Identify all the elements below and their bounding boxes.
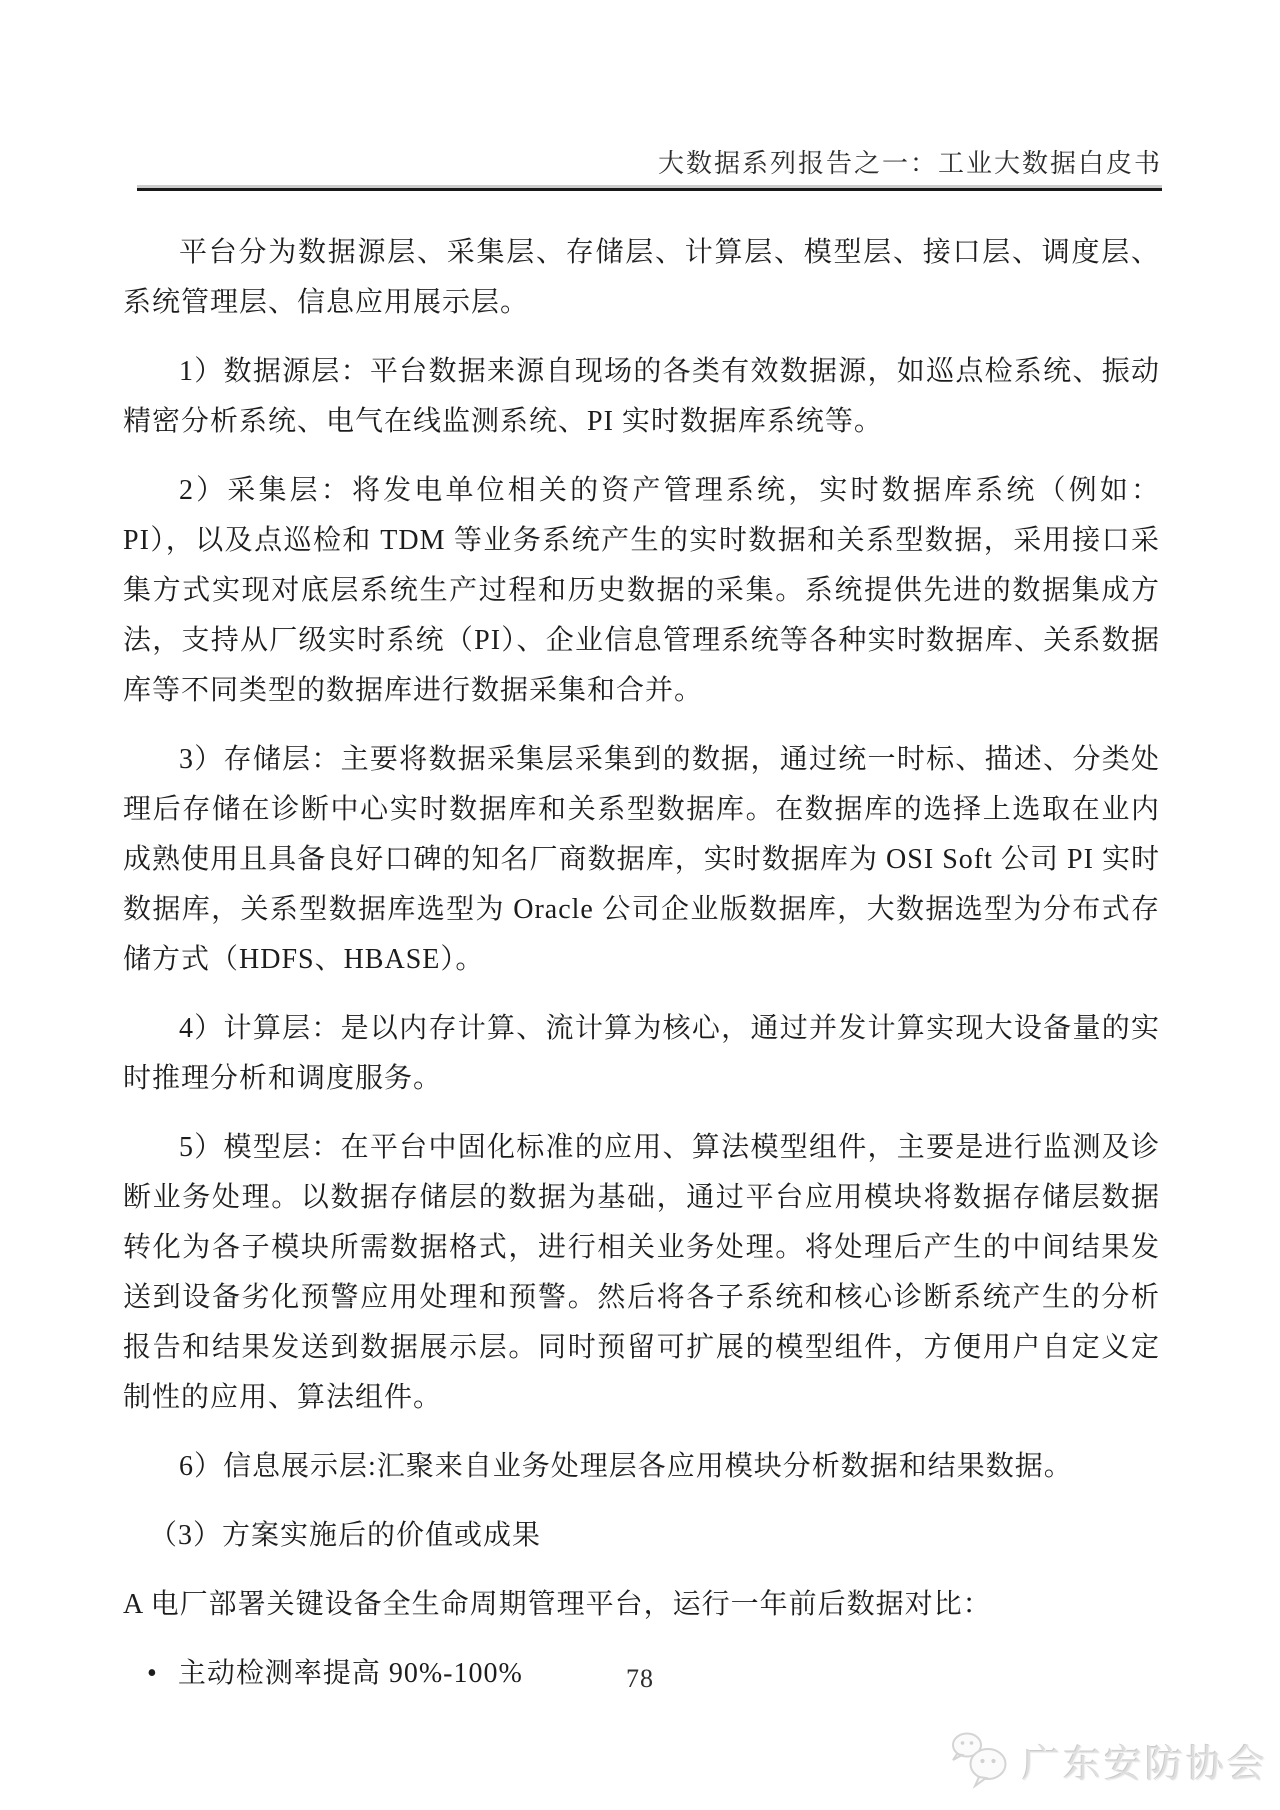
paragraph-display-layer: 6）信息展示层:汇聚来自业务处理层各应用模块分析数据和结果数据。 (123, 1442, 1160, 1492)
paragraph-computing-layer: 4）计算层：是以内存计算、流计算为核心，通过并发计算实现大设备量的实时推理分析和… (123, 1004, 1160, 1104)
watermark: 广东安防协会 (948, 1730, 1268, 1790)
paragraph-platform-layers: 平台分为数据源层、采集层、存储层、计算层、模型层、接口层、调度层、系统管理层、信… (123, 228, 1160, 328)
watermark-text: 广东安防协会 (1022, 1733, 1268, 1788)
page-header: 大数据系列报告之一：工业大数据白皮书 (137, 148, 1162, 191)
header-rule (137, 188, 1162, 191)
running-header-title: 大数据系列报告之一：工业大数据白皮书 (137, 148, 1162, 180)
page-number: 78 (0, 1664, 1280, 1694)
paragraph-storage-layer: 3）存储层：主要将数据采集层采集到的数据，通过统一时标、描述、分类处理后存储在诊… (123, 735, 1160, 985)
paragraph-model-layer: 5）模型层：在平台中固化标准的应用、算法模型组件，主要是进行监测及诊断业务处理。… (123, 1123, 1160, 1423)
paragraph-plant-comparison: A 电厂部署关键设备全生命周期管理平台，运行一年前后数据对比： (123, 1580, 1160, 1630)
document-page: 大数据系列报告之一：工业大数据白皮书 平台分为数据源层、采集层、存储层、计算层、… (0, 0, 1280, 1810)
wechat-icon (948, 1730, 1012, 1790)
document-body: 平台分为数据源层、采集层、存储层、计算层、模型层、接口层、调度层、系统管理层、信… (123, 228, 1160, 1699)
heading-value-or-results: （3）方案实施后的价值或成果 (123, 1511, 1160, 1561)
paragraph-data-source-layer: 1）数据源层：平台数据来源自现场的各类有效数据源，如巡点检系统、振动精密分析系统… (123, 347, 1160, 447)
paragraph-collection-layer: 2）采集层：将发电单位相关的资产管理系统，实时数据库系统（例如：PI），以及点巡… (123, 466, 1160, 716)
